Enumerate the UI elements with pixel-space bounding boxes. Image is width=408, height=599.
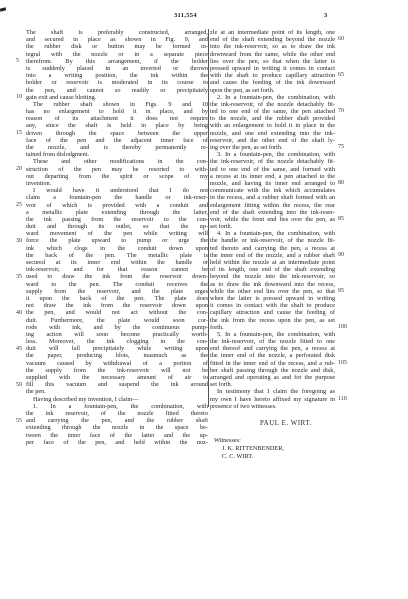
text-line: ink-reservoir, and for that reason canno… xyxy=(26,266,208,273)
line-number: 90 xyxy=(338,252,344,258)
line-number: 55 xyxy=(16,418,22,424)
line-number: 10 xyxy=(16,94,22,100)
text-line: capillary attraction and cause the feedi… xyxy=(210,309,335,316)
text-line: my own I have hereto affixed my signatur… xyxy=(210,396,335,403)
text-line: the back of the pen. The metallic plate … xyxy=(26,252,208,259)
text-line: Having described my invention, I claim— xyxy=(26,396,208,403)
scan-mark xyxy=(0,7,6,11)
text-line: and carrying the pen, and the rubber sha… xyxy=(26,417,208,424)
text-line: The shaft is preferably constructed, arr… xyxy=(26,29,208,36)
text-line: I would have it understood that I do not xyxy=(26,187,208,194)
text-line: vacuum caused by withdrawal of a portion… xyxy=(26,360,208,367)
text-line: supplied with the necessary amount of ai… xyxy=(26,374,208,381)
text-line: lies over the pen, so that when the latt… xyxy=(210,58,335,65)
line-number: 70 xyxy=(338,108,344,114)
text-line: in the recess, and a rubber shaft formed… xyxy=(210,194,335,201)
text-line: used to draw the ink from the reservoir … xyxy=(26,273,208,280)
text-line: the pen, and cannot so readily or precip… xyxy=(26,87,208,94)
line-number: 45 xyxy=(16,346,22,352)
patent-number: 311,554 xyxy=(174,12,197,19)
text-line: invention. xyxy=(26,180,208,187)
text-line: 2. In a fountain-pen, the combination, w… xyxy=(210,94,335,101)
text-line: duit. Furthermore, the plate would soon … xyxy=(26,317,208,324)
line-number: 105 xyxy=(338,360,347,366)
text-line: ward to the pen. The conduit receives th… xyxy=(26,281,208,288)
line-number: 25 xyxy=(16,202,22,208)
text-line: tegral with the nozzle or in a separate … xyxy=(26,51,208,58)
witnesses-label: Witnesses: xyxy=(214,437,241,444)
text-line: when the latter is pressed upward in wri… xyxy=(210,295,335,302)
text-line: 4. In a fountain-pen, the combination, w… xyxy=(210,230,335,237)
line-number: 100 xyxy=(338,324,347,330)
text-line: holder or reservoir is moderated in its … xyxy=(26,79,208,86)
text-line: set forth. xyxy=(210,381,335,388)
line-number: 20 xyxy=(16,166,22,172)
text-line: face of the pen and the adjacent inner f… xyxy=(26,137,208,144)
text-line: the handle or ink-reservoir, of the nozz… xyxy=(210,237,335,244)
text-line: end thereof and carrying the pen, a rece… xyxy=(210,345,335,352)
text-line: the ink-reservoir, of the nozzle detacha… xyxy=(210,158,335,165)
text-line: extending through the nozzle in the spac… xyxy=(26,424,208,431)
text-line: claim a fountain-pen the handle or ink-r… xyxy=(26,194,208,201)
text-line: the inner end of the nozzle, a perforate… xyxy=(210,352,335,359)
text-line: with the shaft to produce capillary attr… xyxy=(210,72,335,79)
text-line: and secured in place as shown in Fig. 9,… xyxy=(26,36,208,43)
text-line: into a writing position, the ink within … xyxy=(26,72,208,79)
text-line: supply from the reservoir, and the plate… xyxy=(26,288,208,295)
left-column: The shaft is preferably constructed, arr… xyxy=(26,29,208,446)
text-line: gain exit and cause blotting. xyxy=(26,94,208,101)
text-line: ink which clogs in the conduit down upon xyxy=(26,245,208,252)
text-line: the ink reservoir, of the nozzle fitted … xyxy=(26,410,208,417)
text-line: with an enlargement to hold it in place … xyxy=(210,122,335,129)
text-line: is suddenly placed in an inverted or thr… xyxy=(26,65,208,72)
text-line: the pen, and would not act without the c… xyxy=(26,309,208,316)
text-line: tween the inner face of the latter and t… xyxy=(26,432,208,439)
text-line: arranged and operating as and for the pu… xyxy=(210,374,335,381)
text-line: reason of its attachment it does not req… xyxy=(26,115,208,122)
text-line: 3. In a fountain-pen, the combination, w… xyxy=(210,151,335,158)
text-line: held within the nozzle at an intermediat… xyxy=(210,259,335,266)
text-line: nozzle, and one end extending into the i… xyxy=(210,130,335,137)
text-line: nozzle, and having its inner end arrange… xyxy=(210,180,335,187)
inventor-signature: PAUL E. WIRT. xyxy=(260,420,330,427)
text-line: end of the shaft extending beyond the no… xyxy=(210,36,335,43)
text-line: communicate with the ink which accumulat… xyxy=(210,187,335,194)
text-line: it comes in contact with the shaft to pr… xyxy=(210,302,335,309)
text-line: 1. In a fountain-pen, the combination, w… xyxy=(26,403,208,410)
text-line: of its length, one end of the shaft exte… xyxy=(210,266,335,273)
line-number: 60 xyxy=(338,36,344,42)
line-number: 95 xyxy=(338,288,344,294)
text-line: a recess at its inner end, a pen attache… xyxy=(210,173,335,180)
text-line: the rubber disk or button may be formed … xyxy=(26,43,208,50)
text-line: rode with ink, and by the continuous pum… xyxy=(26,324,208,331)
line-number: 50 xyxy=(16,382,22,388)
text-line: zle at an intermediate point of its leng… xyxy=(210,29,335,36)
witness-1: J. K. RITTENBENDER, xyxy=(222,445,284,452)
text-line: to the nozzle, and the rubber shaft prov… xyxy=(210,115,335,122)
line-number: 110 xyxy=(338,396,347,402)
text-line: ted to one end of the same, and formed w… xyxy=(210,166,335,173)
witness-2: C. C. WIRT. xyxy=(222,453,253,460)
text-line: while the other end lies over the pen, s… xyxy=(210,288,335,295)
line-number: 15 xyxy=(16,130,22,136)
text-line: duit will fall precipitately while writi… xyxy=(26,345,208,352)
line-number: 85 xyxy=(338,216,344,222)
text-line: These and other modifications in the con… xyxy=(26,158,208,165)
text-line: In testimony that I claim the foregoing … xyxy=(210,388,335,395)
text-line: not draw the ink from the reservoir down… xyxy=(26,302,208,309)
text-line: voir of which is provided with a conduit… xyxy=(26,202,208,209)
text-line: ward movement of the pen while writing w… xyxy=(26,230,208,237)
text-line: force the plate upward to pump or urge t… xyxy=(26,237,208,244)
text-line: has no enlargement to hold it in place, … xyxy=(26,108,208,115)
text-line: struction of the pen may be resorted to … xyxy=(26,166,208,173)
text-line: ber shaft passing through the nozzle and… xyxy=(210,367,335,374)
text-line: secured at its inner end within the hand… xyxy=(26,259,208,266)
line-number: 80 xyxy=(338,180,344,186)
text-line: voir, while the front end lies over the … xyxy=(210,216,335,223)
text-line: the inner end of the nozzle, and a rubbe… xyxy=(210,252,335,259)
text-line: the ink passing from the reservoir to th… xyxy=(26,216,208,223)
text-line: forth. xyxy=(210,324,335,331)
text-line: out departing from the spirit or scope o… xyxy=(26,173,208,180)
text-line: ted thereto and carrying the pen, a rece… xyxy=(210,245,335,252)
line-number: 65 xyxy=(338,72,344,78)
text-line: into the ink-reservoir, so as to draw th… xyxy=(210,43,335,50)
text-line: end of the shaft extending into the ink-… xyxy=(210,209,335,216)
text-line: downward from the same, while the other … xyxy=(210,51,335,58)
text-line: pressed upward in writing it comes in co… xyxy=(210,65,335,72)
text-line: the nozzle, and is thereby permanently r… xyxy=(26,144,208,151)
column-rule xyxy=(208,29,209,407)
line-number: 40 xyxy=(16,310,22,316)
text-line: duit and through its outlet, so that the… xyxy=(26,223,208,230)
text-line: ing action will soon become practically … xyxy=(26,331,208,338)
right-column: zle at an intermediate point of its leng… xyxy=(210,29,335,410)
text-line: 5. In a fountain-pen, the combination, w… xyxy=(210,331,335,338)
text-line: therefrom. By this arrangement, if the h… xyxy=(26,58,208,65)
text-line: set forth. xyxy=(210,223,335,230)
text-line: enlargement fitting within the recess, t… xyxy=(210,202,335,209)
text-line: the pen. xyxy=(26,388,208,395)
line-number: 5 xyxy=(16,58,19,64)
text-line: The rubber shaft shown in Figs. 9 and 10 xyxy=(26,101,208,108)
text-line: driven through the space between the upp… xyxy=(26,130,208,137)
text-line: less. Moreover, the ink clogging in the … xyxy=(26,338,208,345)
text-line: reservoir, and the other end of the shaf… xyxy=(210,137,335,144)
text-line: beyond the nozzle into the ink-reservoir… xyxy=(210,273,335,280)
line-number: 30 xyxy=(16,238,22,244)
text-line: the paper, producing blots, inasmuch as … xyxy=(26,352,208,359)
text-line: ing over the pen, as set forth. xyxy=(210,144,335,151)
text-line: fitted in the inner end of the recess, a… xyxy=(210,360,335,367)
line-number: 75 xyxy=(338,144,344,150)
text-line: the ink-reservoir, of the nozzle fitted … xyxy=(210,338,335,345)
text-line: the ink-reservoir, of the nozzle detacha… xyxy=(210,101,335,108)
text-line: presence of two witnesses. xyxy=(210,403,335,410)
text-line: per face of the pen, and held within the… xyxy=(26,439,208,446)
text-line: fill this vacuum and suspend the ink aro… xyxy=(26,381,208,388)
line-number: 35 xyxy=(16,274,22,280)
page-number: 3 xyxy=(324,12,327,19)
text-line: tained from dislodgment. xyxy=(26,151,208,158)
text-line: the ink from the recess upon the pen, as… xyxy=(210,317,335,324)
text-line: as to draw the ink downward into the rec… xyxy=(210,281,335,288)
text-line: the supply from the ink-reservoir will n… xyxy=(26,367,208,374)
text-line: upon the pen, as set forth. xyxy=(210,87,335,94)
text-line: it upon the back of the pen. The plate d… xyxy=(26,295,208,302)
text-line: a metallic plate extending through the l… xyxy=(26,209,208,216)
text-line: ted to one end of the same, the pen atta… xyxy=(210,108,335,115)
text-line: and cause the feeding of the ink downwar… xyxy=(210,79,335,86)
text-line: any, since the shaft is held in place by… xyxy=(26,122,208,129)
